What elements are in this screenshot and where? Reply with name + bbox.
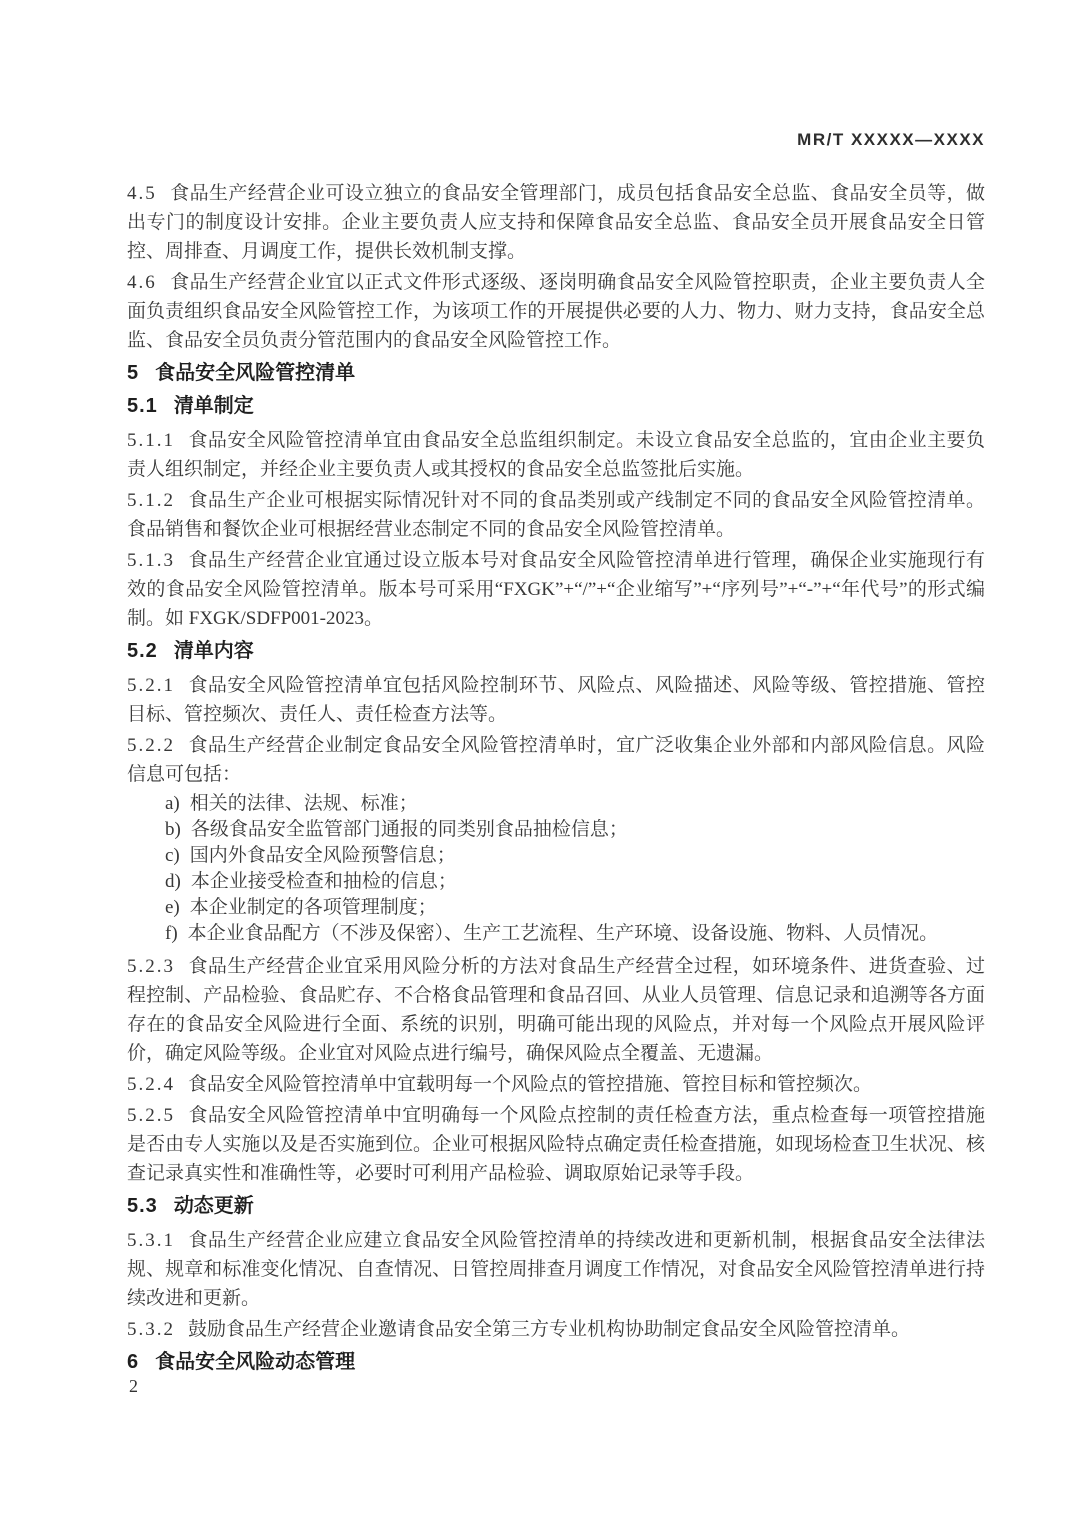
heading-5-3: 5.3动态更新 — [127, 1193, 985, 1219]
clause-number: 5.2.3 — [127, 956, 175, 977]
page-number: 2 — [129, 1376, 138, 1396]
clause-number: 5.3.2 — [127, 1319, 175, 1340]
risk-info-list: a)相关的法律、法规、标准； b)各级食品安全监管部门通报的同类别食品抽检信息；… — [127, 791, 985, 947]
document-content: 4.5食品生产经营企业可设立独立的食品安全管理部门，成员包括食品安全总监、食品安… — [127, 179, 985, 1382]
doc-code: MR/T XXXXX—XXXX — [797, 130, 985, 149]
list-item-text: 本企业食品配方（不涉及保密）、生产工艺流程、生产环境、设备设施、物料、人员情况。 — [188, 923, 939, 944]
clause-5-1-2: 5.1.2食品生产企业可根据实际情况针对不同的食品类别或产线制定不同的食品安全风… — [127, 486, 985, 544]
page-header: MR/T XXXXX—XXXX — [127, 130, 985, 150]
clause-5-2-5: 5.2.5食品安全风险管控清单中宜明确每一个风险点控制的责任检查方法，重点检查每… — [127, 1101, 985, 1188]
clause-number: 5.3.1 — [127, 1230, 175, 1251]
page-footer: 2 — [129, 1376, 138, 1397]
list-item-label: b) — [165, 819, 181, 840]
list-item-e: e)本企业制定的各项管理制度； — [165, 895, 985, 921]
clause-text: 食品生产企业可根据实际情况针对不同的食品类别或产线制定不同的食品安全风险管控清单… — [127, 490, 985, 540]
clause-5-1-1: 5.1.1食品安全风险管控清单宜由食品安全总监组织制定。未设立食品安全总监的，宜… — [127, 426, 985, 484]
heading-6: 6食品安全风险动态管理 — [127, 1349, 985, 1375]
clause-text: 鼓励食品生产经营企业邀请食品安全第三方专业机构协助制定食品安全风险管控清单。 — [188, 1319, 910, 1340]
list-item-d: d)本企业接受检查和抽检的信息； — [165, 869, 985, 895]
clause-number: 5.2.2 — [127, 735, 175, 756]
heading-title: 清单内容 — [174, 640, 254, 662]
clause-number: 5.1.3 — [127, 550, 175, 571]
clause-text: 食品安全风险管控清单中宜载明每一个风险点的管控措施、管控目标和管控频次。 — [188, 1074, 872, 1095]
heading-title: 食品安全风险动态管理 — [155, 1351, 355, 1373]
clause-number: 4.6 — [127, 272, 157, 293]
heading-5-2: 5.2清单内容 — [127, 638, 985, 664]
clause-4-6: 4.6食品生产经营企业宜以正式文件形式逐级、逐岗明确食品安全风险管控职责，企业主… — [127, 268, 985, 355]
list-item-label: d) — [165, 871, 181, 892]
clause-number: 5.1.1 — [127, 430, 175, 451]
list-item-text: 国内外食品安全风险预警信息； — [190, 845, 456, 866]
heading-number: 5.1 — [127, 395, 158, 417]
list-item-text: 相关的法律、法规、标准； — [190, 793, 418, 814]
list-item-text: 本企业制定的各项管理制度； — [190, 897, 437, 918]
clause-5-1-3: 5.1.3食品生产经营企业宜通过设立版本号对食品安全风险管控清单进行管理，确保企… — [127, 546, 985, 633]
clause-text: 食品生产经营企业应建立食品安全风险管控清单的持续改进和更新机制，根据食品安全法律… — [127, 1230, 985, 1309]
clause-text: 食品生产经营企业宜采用风险分析的方法对食品生产经营全过程，如环境条件、进货查验、… — [127, 956, 985, 1064]
list-item-label: c) — [165, 845, 180, 866]
clause-5-2-3: 5.2.3食品生产经营企业宜采用风险分析的方法对食品生产经营全过程，如环境条件、… — [127, 952, 985, 1068]
clause-text: 食品生产经营企业制定食品安全风险管控清单时，宜广泛收集企业外部和内部风险信息。风… — [127, 735, 985, 785]
heading-title: 动态更新 — [174, 1195, 254, 1217]
heading-title: 食品安全风险管控清单 — [155, 362, 355, 384]
list-item-label: e) — [165, 897, 180, 918]
list-item-a: a)相关的法律、法规、标准； — [165, 791, 985, 817]
clause-5-3-2: 5.3.2鼓励食品生产经营企业邀请食品安全第三方专业机构协助制定食品安全风险管控… — [127, 1315, 985, 1344]
clause-5-3-1: 5.3.1食品生产经营企业应建立食品安全风险管控清单的持续改进和更新机制，根据食… — [127, 1226, 985, 1313]
list-item-b: b)各级食品安全监管部门通报的同类别食品抽检信息； — [165, 817, 985, 843]
clause-text: 食品生产经营企业宜以正式文件形式逐级、逐岗明确食品安全风险管控职责，企业主要负责… — [127, 272, 985, 351]
clause-number: 5.2.5 — [127, 1105, 175, 1126]
heading-5-1: 5.1清单制定 — [127, 393, 985, 419]
list-item-text: 各级食品安全监管部门通报的同类别食品抽检信息； — [191, 819, 628, 840]
clause-number: 5.1.2 — [127, 490, 175, 511]
heading-title: 清单制定 — [174, 395, 254, 417]
list-item-c: c)国内外食品安全风险预警信息； — [165, 843, 985, 869]
list-item-label: f) — [165, 923, 178, 944]
list-item-f: f)本企业食品配方（不涉及保密）、生产工艺流程、生产环境、设备设施、物料、人员情… — [165, 921, 985, 947]
clause-4-5: 4.5食品生产经营企业可设立独立的食品安全管理部门，成员包括食品安全总监、食品安… — [127, 179, 985, 266]
heading-number: 5 — [127, 362, 139, 384]
clause-5-2-2: 5.2.2食品生产经营企业制定食品安全风险管控清单时，宜广泛收集企业外部和内部风… — [127, 731, 985, 789]
clause-number: 4.5 — [127, 183, 157, 204]
clause-text: 食品生产经营企业可设立独立的食品安全管理部门，成员包括食品安全总监、食品安全员等… — [127, 183, 985, 262]
clause-text: 食品安全风险管控清单中宜明确每一个风险点控制的责任检查方法，重点检查每一项管控措… — [127, 1105, 985, 1184]
clause-number: 5.2.4 — [127, 1074, 175, 1095]
heading-5: 5食品安全风险管控清单 — [127, 360, 985, 386]
heading-number: 5.3 — [127, 1195, 158, 1217]
heading-number: 6 — [127, 1351, 139, 1373]
clause-5-2-1: 5.2.1食品安全风险管控清单宜包括风险控制环节、风险点、风险描述、风险等级、管… — [127, 671, 985, 729]
heading-number: 5.2 — [127, 640, 158, 662]
clause-text: 食品生产经营企业宜通过设立版本号对食品安全风险管控清单进行管理，确保企业实施现行… — [127, 550, 985, 629]
document-page: MR/T XXXXX—XXXX 4.5食品生产经营企业可设立独立的食品安全管理部… — [0, 0, 1080, 1527]
clause-text: 食品安全风险管控清单宜包括风险控制环节、风险点、风险描述、风险等级、管控措施、管… — [127, 675, 985, 725]
clause-text: 食品安全风险管控清单宜由食品安全总监组织制定。未设立食品安全总监的，宜由企业主要… — [127, 430, 985, 480]
list-item-label: a) — [165, 793, 180, 814]
clause-number: 5.2.1 — [127, 675, 175, 696]
clause-5-2-4: 5.2.4食品安全风险管控清单中宜载明每一个风险点的管控措施、管控目标和管控频次… — [127, 1070, 985, 1099]
list-item-text: 本企业接受检查和抽检的信息； — [191, 871, 457, 892]
